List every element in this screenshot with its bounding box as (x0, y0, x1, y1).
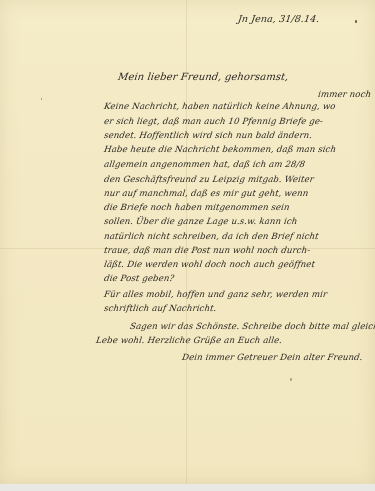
letter-line: Sagen wir das Schönste. Schreibe doch bi… (129, 322, 375, 332)
ink-speck (41, 98, 42, 100)
letter-line: natürlich nicht schreiben, da ich den Br… (103, 232, 319, 242)
letter-line: Keine Nachricht, haben natürlich keine A… (103, 102, 336, 112)
letter-line: schriftlich auf Nachricht. (103, 304, 217, 314)
letter-page: Jn Jena, 31/8.14. Mein lieber Freund, ge… (0, 0, 375, 484)
letter-line: sendet. Hoffentlich wird sich nun bald ä… (103, 131, 312, 141)
letter-line: Lebe wohl. Herzliche Grüße an Euch alle. (95, 336, 282, 346)
letter-line: die Briefe noch haben mitgenommen sein (103, 203, 290, 213)
letter-line: die Post geben? (103, 274, 174, 284)
letter-line: Habe heute die Nachricht bekommen, daß m… (103, 145, 336, 155)
letter-line: Für alles mobil, hoffen und ganz sehr, w… (103, 290, 327, 300)
letter-salutation: Mein lieber Freund, gehorsamst, (117, 72, 289, 83)
paper-stain (290, 378, 292, 381)
ink-speck (355, 20, 357, 23)
letter-date-line: Jn Jena, 31/8.14. (237, 14, 320, 25)
letter-closing: Dein immer Getreuer Dein alter Freund. (181, 353, 363, 363)
letter-line: sollen. Über die ganze Lage u.s.w. kann … (103, 217, 298, 227)
letter-line: allgemein angenommen hat, daß ich am 28/… (103, 160, 305, 170)
letter-line: er sich liegt, daß man auch 10 Pfennig B… (103, 117, 323, 127)
letter-line: nur auf manchmal, daß es mir gut geht, w… (103, 189, 309, 199)
letter-line: traue, daß man die Post nun wohl noch du… (103, 246, 311, 256)
letter-line: läßt. Die werden wohl doch noch auch geö… (103, 260, 315, 270)
letter-line: den Geschäftsfreund zu Leipzig mitgab. W… (103, 175, 314, 185)
letter-line: immer noch (317, 90, 371, 100)
